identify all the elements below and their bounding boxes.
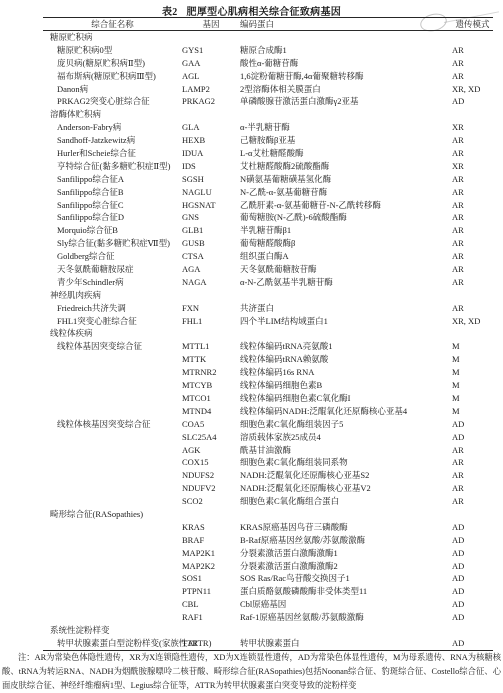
cell-mode: M [452,379,493,392]
cell-name: 线粒体核基因突变综合征 [43,418,182,431]
cell-mode: AR [452,147,493,160]
cell-protein: 蛋白质酪氨酸磷酸酶非受体类型11 [240,585,452,598]
cell-protein: 四个半LIM结构域蛋白1 [240,315,452,328]
cell-protein: 细胞色素C氧化酶组合蛋白 [240,495,452,508]
table-row: COX15细胞色素C氧化酶组装同系物AR [43,456,493,469]
table-row: Danon病LAMP22型溶酶体相关膜蛋白XR, XD [43,83,493,96]
cell-name: Friedreich共济失调 [43,302,182,315]
cell-mode: AD [452,611,493,624]
cell-gene: SCO2 [182,495,240,508]
cell-protein: 艾杜糖醛酸酶2硫酸酯酶 [240,160,452,173]
header-inheritance-mode: 遗传模式 [452,18,493,30]
cell-name: Morquio综合征B [43,224,182,237]
cell-mode: AR [452,173,493,186]
cell-protein: L-α艾杜糖醛酸酶 [240,147,452,160]
section-row: 溶酶体贮积病 [43,108,493,121]
table-row: BRAFB-Raf原癌基因丝氨酸/苏氨酸激酶AD [43,534,493,547]
cell-gene: SOS1 [182,572,240,585]
cell-mode: AD [452,572,493,585]
table-row: MAP2K1分裂素激活蛋白激酶激酶1AD [43,547,493,560]
table-footnote: 注：AR为常染色体隐性遗传，XR为X连锁隐性遗传，XD为X连锁显性遗传，AD为常… [2,651,501,693]
cell-gene: CTSA [182,250,240,263]
cell-protein: N磺氨基葡糖磺基氢化酶 [240,173,452,186]
cell-protein: NADH:泛醌氧化还原酶核心亚基V2 [240,482,452,495]
cell-mode: M [452,340,493,353]
cell-mode: AR [452,44,493,57]
cell-protein: 1,6淀粉葡糖苷酶,4α葡聚糖转移酶 [240,70,452,83]
cell-name: 神经肌肉疾病 [43,289,493,302]
table-row: MTND4线粒体编码NADH:泛醌氧化还原酶核心亚基4M [43,405,493,418]
cell-name: Goldberg综合征 [43,250,182,263]
table-row: Sly综合征(黏多糖贮积症Ⅶ型)GUSB葡萄糖醛酸酶βAR [43,237,493,250]
cell-mode: AR [452,444,493,457]
table-row: RAF1Raf-1原癌基因丝氨酸/苏氨酸激酶AD [43,611,493,624]
cell-gene: PTPN11 [182,585,240,598]
cell-protein: 线粒体编码细胞色素B [240,379,452,392]
cell-gene: FXN [182,302,240,315]
cell-mode: AR [452,302,493,315]
cell-protein: 线粒体编码细胞色素C氧化酶I [240,392,452,405]
cell-gene: HEXB [182,134,240,147]
table-row: FHL1突变心脏综合征FHL1四个半LIM结构域蛋白1XR, XD [43,315,493,328]
cell-gene: RAF1 [182,611,240,624]
table-row: Sanfilippo综合征CHGSNAT乙酰肝素-α-氨基葡糖苷-N-乙酰转移酶… [43,199,493,212]
cell-protein: SOS Ras/Rac鸟苷酸交换因子1 [240,572,452,585]
table-row: 青少年Schindler病NAGAα-N-乙酰氨基半乳糖苷酶AR [43,276,493,289]
cell-name: 青少年Schindler病 [43,276,182,289]
cell-protein: 半乳糖苷酶β1 [240,224,452,237]
section-row: 神经肌肉疾病 [43,289,493,302]
cell-name: PRKAG2突变心脏综合征 [43,95,182,108]
journal-table-page: 表2肥厚型心肌病相关综合征致病基因 综合征名称 基因 编码蛋白 遗传模式 糖原贮… [0,0,503,693]
table-row: SCO2细胞色素C氧化酶组合蛋白AR [43,495,493,508]
cell-protein: 分裂素激活蛋白激酶激酶2 [240,560,452,573]
section-row: 线粒体疾病 [43,327,493,340]
cell-mode: XR [452,121,493,134]
table-row: NDUFV2NADH:泛醌氧化还原酶核心亚基V2AR [43,482,493,495]
table-row: PTPN11蛋白质酪氨酸磷酸酶非受体类型11AD [43,585,493,598]
cell-gene: MAP2K1 [182,547,240,560]
cell-mode: AR [452,263,493,276]
table-row: Hurler和Scheie综合征IDUAL-α艾杜糖醛酸酶AR [43,147,493,160]
cell-name: Hurler和Scheie综合征 [43,147,182,160]
cell-gene: HGSNAT [182,199,240,212]
cell-protein: 转甲状腺素蛋白 [240,637,452,650]
cell-gene: NAGLU [182,186,240,199]
cell-mode: AD [452,418,493,431]
table-row: NDUFS2NADH:泛醌氧化还原酶核心亚基S2AR [43,469,493,482]
table-row: 庞贝病(糖原贮积病Ⅱ型)GAA酸性α-葡糖苷酶AR [43,57,493,70]
cell-name: 转甲状腺素蛋白型淀粉样变(家族性ATTR) [43,637,182,650]
header-gene: 基因 [182,18,240,30]
cell-protein: KRAS原癌基因鸟苷三磷酸酶 [240,521,452,534]
cell-gene: AGA [182,263,240,276]
cell-protein: 线粒体编码NADH:泛醌氧化还原酶核心亚基4 [240,405,452,418]
cell-gene: MTTK [182,353,240,366]
cell-mode: AR [452,237,493,250]
cell-protein: Cbl原癌基因 [240,598,452,611]
table-row: Sanfilippo综合征BNAGLUN-乙酰-α-氨基葡糖苷酶AR [43,186,493,199]
cell-name: Sanfilippo综合征C [43,199,182,212]
cell-protein: 分裂素激活蛋白激酶激酶1 [240,547,452,560]
cell-gene: FHL1 [182,315,240,328]
cell-name: 畸形综合征(RASopathies) [43,508,493,521]
cell-protein: 单磷酸腺苷激活蛋白激酶γ2亚基 [240,95,452,108]
cell-gene: CBL [182,598,240,611]
cell-name: 线粒体基因突变综合征 [43,340,182,353]
cell-gene: SLC25A4 [182,431,240,444]
table-row: 糖原贮积病0型GYS1糖原合成酶1AR [43,44,493,57]
cell-mode: AR [452,250,493,263]
cell-gene: GNS [182,211,240,224]
cell-name: 糖原贮积病 [43,31,493,44]
section-row: 系统性淀粉样变 [43,624,493,637]
cell-mode: AD [452,521,493,534]
table-row: 福布斯病(糖原贮积病Ⅲ型)AGL1,6淀粉葡糖苷酶,4α葡聚糖转移酶AR [43,70,493,83]
cell-mode: M [452,353,493,366]
cell-mode: M [452,405,493,418]
header-syndrome-name: 综合征名称 [43,18,182,30]
table-row: AGK酰基甘油激酶AR [43,444,493,457]
cell-gene: AGL [182,70,240,83]
table-row: 天冬氨酰葡糖胺尿症AGA天冬氨酰葡糖胺苷酶AR [43,263,493,276]
table-row: Anderson-Fabry病GLAα-半乳糖苷酶XR [43,121,493,134]
table-row: SLC25A4溶质载体家族25成员4AD [43,431,493,444]
cell-gene: COA5 [182,418,240,431]
section-row: 畸形综合征(RASopathies) [43,508,493,521]
cell-gene: NDUFS2 [182,469,240,482]
table-body: 糖原贮积病糖原贮积病0型GYS1糖原合成酶1AR庞贝病(糖原贮积病Ⅱ型)GAA酸… [43,31,493,650]
cell-name: 系统性淀粉样变 [43,624,493,637]
cell-gene: MAP2K2 [182,560,240,573]
table-row: SOS1SOS Ras/Rac鸟苷酸交换因子1AD [43,572,493,585]
cell-name: 糖原贮积病0型 [43,44,182,57]
cell-gene: NDUFV2 [182,482,240,495]
cell-gene: SGSH [182,173,240,186]
section-row: 糖原贮积病 [43,31,493,44]
cell-mode: AR [452,57,493,70]
cell-gene: TTR [182,637,240,650]
cell-protein: B-Raf原癌基因丝氨酸/苏氨酸激酶 [240,534,452,547]
cell-protein: 线粒体编码tRNA亮氨酸1 [240,340,452,353]
cell-name: 亨特综合征(黏多糖贮积症Ⅱ型) [43,160,182,173]
cell-protein: 2型溶酶体相关膜蛋白 [240,83,452,96]
cell-name: Sanfilippo综合征D [43,211,182,224]
cell-mode: AD [452,547,493,560]
cell-protein: α-半乳糖苷酶 [240,121,452,134]
table-row: PRKAG2突变心脏综合征PRKAG2单磷酸腺苷激活蛋白激酶γ2亚基AD [43,95,493,108]
table-row: 线粒体基因突变综合征MTTL1线粒体编码tRNA亮氨酸1M [43,340,493,353]
cell-name: 线粒体疾病 [43,327,493,340]
cell-name: Sanfilippo综合征A [43,173,182,186]
cell-gene: GLB1 [182,224,240,237]
gene-table: 综合征名称 基因 编码蛋白 遗传模式 糖原贮积病糖原贮积病0型GYS1糖原合成酶… [43,17,493,651]
cell-protein: 组织蛋白酶A [240,250,452,263]
cell-gene: MTRNR2 [182,366,240,379]
cell-mode: AR [452,211,493,224]
cell-mode: XR, XD [452,83,493,96]
cell-gene: PRKAG2 [182,95,240,108]
cell-protein: 酸性α-葡糖苷酶 [240,57,452,70]
cell-gene: KRAS [182,521,240,534]
cell-protein: 线粒体编码16s RNA [240,366,452,379]
cell-mode: AD [452,585,493,598]
cell-protein: 共济蛋白 [240,302,452,315]
cell-name: Sanfilippo综合征B [43,186,182,199]
table-row: KRASKRAS原癌基因鸟苷三磷酸酶AD [43,521,493,534]
cell-name: Anderson-Fabry病 [43,121,182,134]
cell-protein: 己糖胺酶β亚基 [240,134,452,147]
table-row: Sanfilippo综合征ASGSHN磺氨基葡糖磺基氢化酶AR [43,173,493,186]
cell-protein: 溶质载体家族25成员4 [240,431,452,444]
header-protein: 编码蛋白 [240,18,452,30]
cell-gene: BRAF [182,534,240,547]
cell-protein: 葡萄糖醛酸酶β [240,237,452,250]
cell-gene: MTND4 [182,405,240,418]
cell-mode: AR [452,134,493,147]
cell-protein: 细胞色素C氧化酶组装因子5 [240,418,452,431]
table-row: MTCYB线粒体编码细胞色素BM [43,379,493,392]
table-row: CBLCbl原癌基因AD [43,598,493,611]
cell-mode: XR [452,160,493,173]
cell-name: 庞贝病(糖原贮积病Ⅱ型) [43,57,182,70]
cell-gene: COX15 [182,456,240,469]
cell-name: Sandhoff-Jatzkewitz病 [43,134,182,147]
cell-mode: AD [452,95,493,108]
table-row: MAP2K2分裂素激活蛋白激酶激酶2AD [43,560,493,573]
cell-protein: 葡萄糖胺(N-乙酰)-6硫酸酯酶 [240,211,452,224]
cell-name: Sly综合征(黏多糖贮积症Ⅶ型) [43,237,182,250]
cell-mode: AR [452,70,493,83]
cell-protein: 线粒体编码tRNA赖氨酸 [240,353,452,366]
cell-mode: AD [452,598,493,611]
cell-protein: 乙酰肝素-α-氨基葡糖苷-N-乙酰转移酶 [240,199,452,212]
cell-gene: MTCO1 [182,392,240,405]
cell-mode: AD [452,431,493,444]
cell-protein: Raf-1原癌基因丝氨酸/苏氨酸激酶 [240,611,452,624]
cell-mode: AR [452,186,493,199]
cell-mode: M [452,366,493,379]
cell-mode: AR [452,469,493,482]
table-row: MTCO1线粒体编码细胞色素C氧化酶IM [43,392,493,405]
cell-protein: NADH:泛醌氧化还原酶核心亚基S2 [240,469,452,482]
cell-gene: MTCYB [182,379,240,392]
cell-gene: AGK [182,444,240,457]
cell-protein: 细胞色素C氧化酶组装同系物 [240,456,452,469]
table-row: 亨特综合征(黏多糖贮积症Ⅱ型)IDS艾杜糖醛酸酶2硫酸酯酶XR [43,160,493,173]
cell-gene: GUSB [182,237,240,250]
cell-gene: IDUA [182,147,240,160]
cell-name: 溶酶体贮积病 [43,108,493,121]
cell-mode: AD [452,560,493,573]
cell-mode: AR [452,456,493,469]
table-row: MTRNR2线粒体编码16s RNAM [43,366,493,379]
cell-protein: 天冬氨酰葡糖胺苷酶 [240,263,452,276]
cell-gene: LAMP2 [182,83,240,96]
table-header-row: 综合征名称 基因 编码蛋白 遗传模式 [43,18,493,31]
table-row: Sanfilippo综合征DGNS葡萄糖胺(N-乙酰)-6硫酸酯酶AR [43,211,493,224]
cell-mode: M [452,392,493,405]
cell-protein: 酰基甘油激酶 [240,444,452,457]
cell-gene: GLA [182,121,240,134]
table-row: Morquio综合征BGLB1半乳糖苷酶β1AR [43,224,493,237]
cell-name: FHL1突变心脏综合征 [43,315,182,328]
cell-mode: AR [452,495,493,508]
cell-mode: AD [452,534,493,547]
cell-gene: GAA [182,57,240,70]
table-row: 转甲状腺素蛋白型淀粉样变(家族性ATTR)TTR转甲状腺素蛋白AD [43,637,493,650]
cell-mode: AR [452,199,493,212]
cell-gene: GYS1 [182,44,240,57]
cell-protein: 糖原合成酶1 [240,44,452,57]
cell-protein: N-乙酰-α-氨基葡糖苷酶 [240,186,452,199]
cell-name: 天冬氨酰葡糖胺尿症 [43,263,182,276]
cell-mode: AR [452,482,493,495]
cell-name: 福布斯病(糖原贮积病Ⅲ型) [43,70,182,83]
cell-mode: AD [452,637,493,650]
cell-mode: XR, XD [452,315,493,328]
cell-gene: MTTL1 [182,340,240,353]
cell-name: Danon病 [43,83,182,96]
table-row: Friedreich共济失调FXN共济蛋白AR [43,302,493,315]
table-row: MTTK线粒体编码tRNA赖氨酸M [43,353,493,366]
cell-gene: IDS [182,160,240,173]
table-row: Goldberg综合征CTSA组织蛋白酶AAR [43,250,493,263]
cell-gene: NAGA [182,276,240,289]
table-row: 线粒体核基因突变综合征COA5细胞色素C氧化酶组装因子5AD [43,418,493,431]
cell-mode: AR [452,276,493,289]
cell-protein: α-N-乙酰氨基半乳糖苷酶 [240,276,452,289]
table-row: Sandhoff-Jatzkewitz病HEXB己糖胺酶β亚基AR [43,134,493,147]
cell-mode: AR [452,224,493,237]
